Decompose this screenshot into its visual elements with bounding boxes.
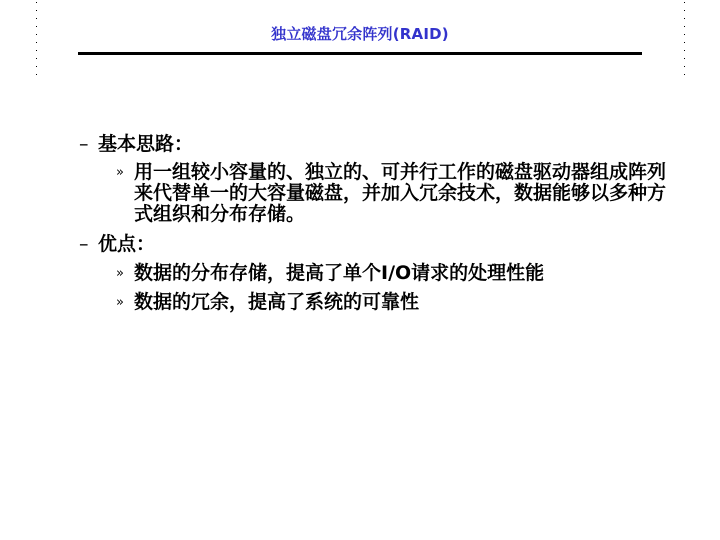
chevron-bullet-icon: »	[116, 263, 124, 284]
bullet-label: 优点：	[98, 233, 155, 255]
sub-bullet-advantage-performance: » 数据的分布存储，提高了单个I/O请求的处理性能	[116, 263, 676, 284]
chevron-bullet-icon: »	[116, 162, 124, 183]
sub-bullet-advantage-reliability: » 数据的冗余，提高了系统的可靠性	[116, 292, 676, 313]
chevron-bullet-icon: »	[116, 292, 124, 313]
dash-bullet-icon: –	[79, 133, 98, 155]
sub-bullet-text: 用一组较小容量的、独立的、可并行工作的磁盘驱动器组成阵列来代替单一的大容量磁盘，…	[134, 162, 676, 225]
bullet-label: 基本思路：	[98, 133, 193, 155]
slide-title: 独立磁盘冗余阵列(RAID)	[0, 23, 720, 44]
dash-bullet-icon: –	[79, 233, 98, 255]
sub-bullet-text: 数据的冗余，提高了系统的可靠性	[134, 292, 676, 313]
title-underline-rule	[78, 52, 642, 55]
sub-bullet-text: 数据的分布存储，提高了单个I/O请求的处理性能	[134, 263, 676, 284]
sub-bullet-basic-idea-description: » 用一组较小容量的、独立的、可并行工作的磁盘驱动器组成阵列来代替单一的大容量磁…	[116, 162, 676, 225]
bullet-basic-idea: –基本思路：	[79, 133, 193, 155]
bullet-advantages: –优点：	[79, 233, 155, 255]
